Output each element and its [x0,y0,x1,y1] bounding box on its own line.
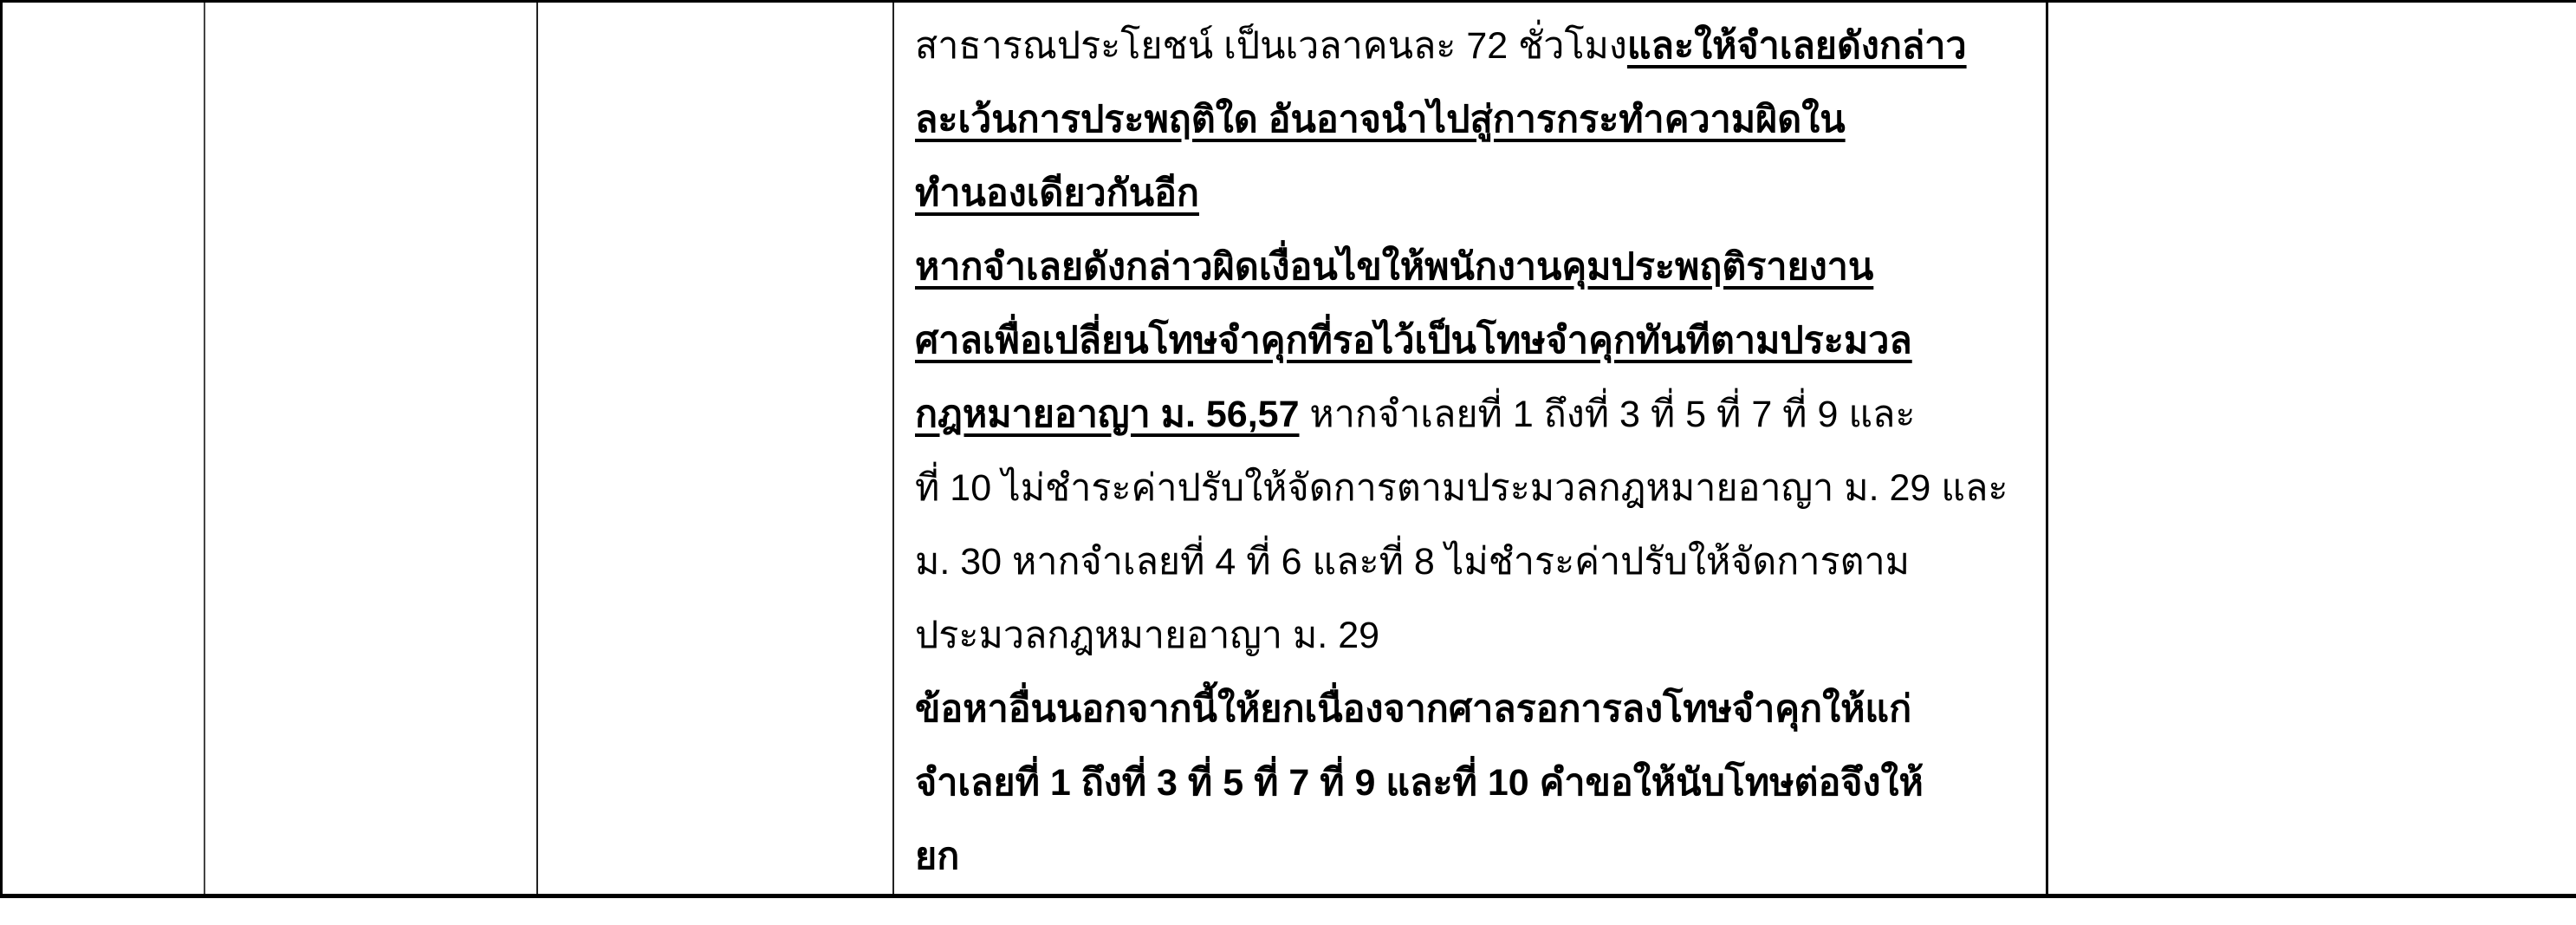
text-line: ศาลเพื่อเปลี่ยนโทษจำคุกที่รอไว้เป็นโทษจำ… [915,304,2041,378]
text-line: ม. 30 หากจำเลยที่ 4 ที่ 6 และที่ 8 ไม่ชำ… [915,525,2041,599]
text-line: กฎหมายอาญา ม. 56,57 หากจำเลยที่ 1 ถึงที่… [915,378,2041,452]
text-line: ยก [915,820,2041,894]
text-segment-bold-underline: ศาลเพื่อเปลี่ยนโทษจำคุกที่รอไว้เป็นโทษจำ… [915,320,1912,362]
text-line: สาธารณประโยชน์ เป็นเวลาคนละ 72 ชั่วโมงแล… [915,10,2041,83]
text-line: ทำนองเดียวกันอีก [915,157,2041,231]
text-segment-bold: ยก [915,836,959,877]
text-segment-bold-underline: และให้จำเลยดังกล่าว [1627,25,1967,67]
text-line: ที่ 10 ไม่ชำระค่าปรับให้จัดการตามประมวลก… [915,452,2041,525]
text-segment-bold: ข้อหาอื่นนอกจากนี้ให้ยกเนื่องจากศาลรอการ… [915,688,1911,730]
text-segment: ที่ 10 ไม่ชำระค่าปรับให้จัดการตามประมวลก… [915,467,2008,509]
judgment-table: สาธารณประโยชน์ เป็นเวลาคนละ 72 ชั่วโมงแล… [0,0,2576,898]
text-line: จำเลยที่ 1 ถึงที่ 3 ที่ 5 ที่ 7 ที่ 9 แล… [915,746,2041,820]
text-segment-bold: จำเลยที่ 1 ถึงที่ 3 ที่ 5 ที่ 7 ที่ 9 แล… [915,762,1924,804]
table-column-3 [538,3,894,894]
text-segment-bold-underline: ละเว้นการประพฤติใด อันอาจนำไปสู่การกระทำ… [915,99,1846,140]
text-segment: สาธารณประโยชน์ เป็นเวลาคนละ 72 ชั่วโมง [915,25,1627,67]
table-column-judgment: สาธารณประโยชน์ เป็นเวลาคนละ 72 ชั่วโมงแล… [894,3,2048,894]
table-column-1 [0,3,205,894]
text-segment-bold-underline: กฎหมายอาญา ม. 56,57 [915,394,1299,435]
table-column-2 [205,3,538,894]
text-line: หากจำเลยดังกล่าวผิดเงื่อนไขให้พนักงานคุม… [915,231,2041,304]
text-segment-bold-underline: ทำนองเดียวกันอีก [915,173,1199,214]
text-line: ประมวลกฎหมายอาญา ม. 29 [915,599,2041,673]
text-line: ข้อหาอื่นนอกจากนี้ให้ยกเนื่องจากศาลรอการ… [915,673,2041,746]
judgment-text: สาธารณประโยชน์ เป็นเวลาคนละ 72 ชั่วโมงแล… [915,10,2041,894]
text-segment: ม. 30 หากจำเลยที่ 4 ที่ 6 และที่ 8 ไม่ชำ… [915,541,1910,583]
text-segment: หากจำเลยที่ 1 ถึงที่ 3 ที่ 5 ที่ 7 ที่ 9… [1299,394,1915,435]
table-column-5 [2048,3,2576,894]
text-line: ละเว้นการประพฤติใด อันอาจนำไปสู่การกระทำ… [915,83,2041,157]
text-segment: ประมวลกฎหมายอาญา ม. 29 [915,615,1379,656]
text-segment-bold-underline: หากจำเลยดังกล่าวผิดเงื่อนไขให้พนักงานคุม… [915,246,1873,288]
